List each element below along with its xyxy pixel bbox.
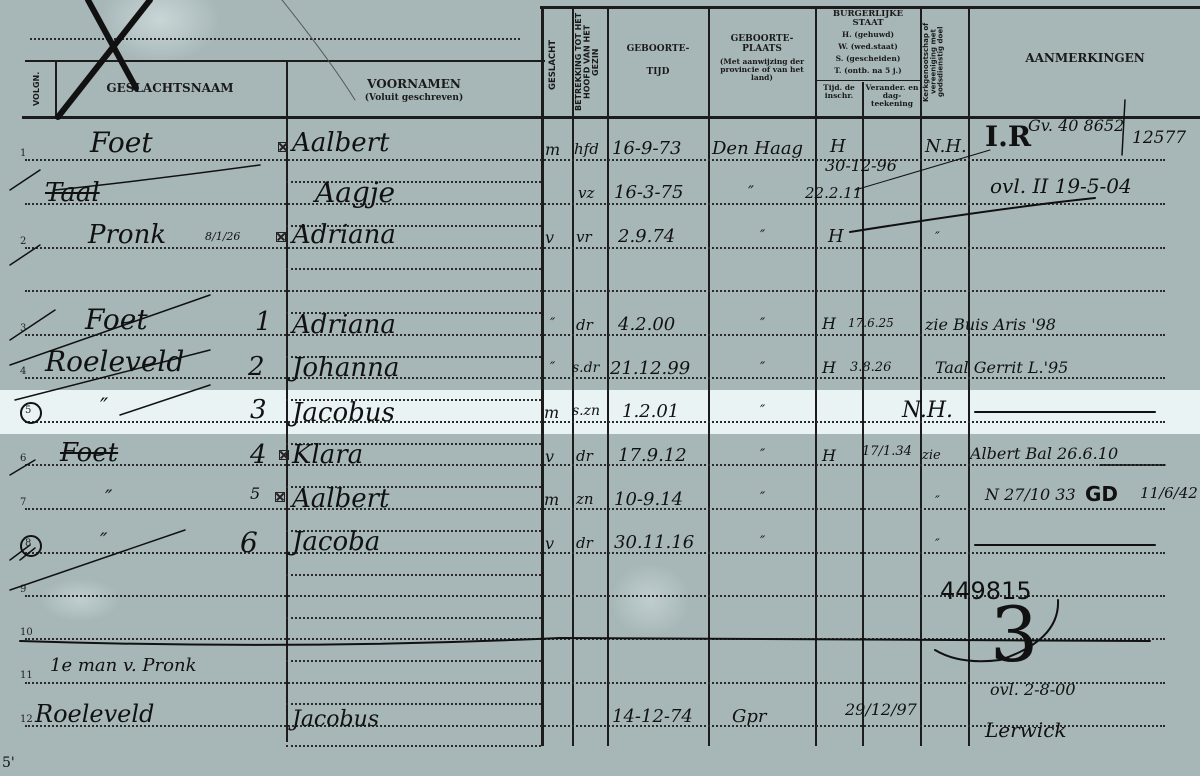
cross-mark-stroke	[58, 0, 150, 117]
registration-card: VOLGN. GESLACHTSNAAM VOORNAMEN (Voluit g…	[0, 0, 1200, 776]
ink-strokes-overlay	[0, 0, 1200, 776]
